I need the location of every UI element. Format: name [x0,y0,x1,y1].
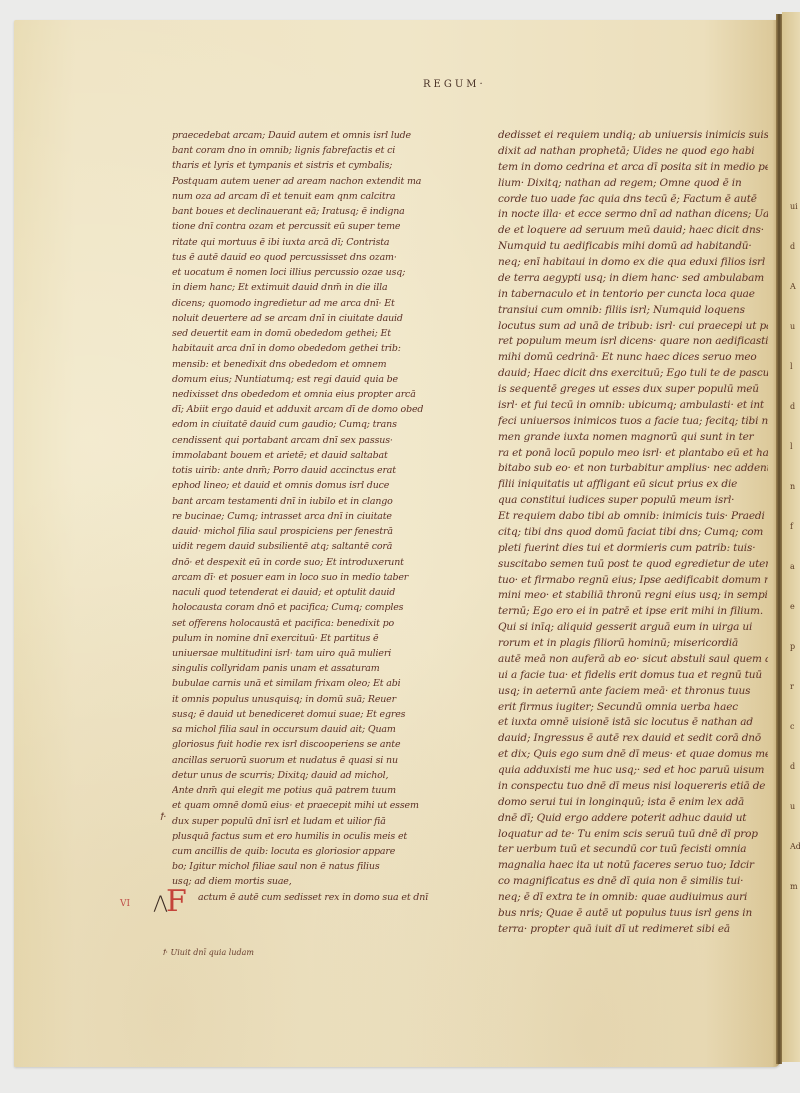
manuscript-line: it omnis populus unusquisq; in domū suā;… [172,692,468,707]
manuscript-line: arcam dī· et posuer eam in loco suo in m… [172,570,468,585]
manuscript-line: bitabo sub eo· et non turbabitur amplius… [498,461,768,477]
manuscript-line: mihi domū cedrinā· Et nunc haec dices se… [498,350,768,366]
facing-page-fragment: n [790,482,795,492]
manuscript-line: et quam omnē domū eius· et praecepit mih… [172,798,468,813]
manuscript-line: citq; tibi dns quod domū faciat tibi dns… [498,525,768,541]
manuscript-line: uniuersae multitudini isrl· tam uiro quā… [172,646,468,661]
manuscript-line: neq; ē dī extra te in omnib: quae audiui… [498,890,768,906]
marginal-footnote: ꝉ· Uiuit dnī quia ludam [162,948,254,957]
manuscript-line: immolabant bouem et arietē; et dauid sal… [172,448,468,463]
manuscript-line: suscitabo semen tuū post te quod egredie… [498,557,768,573]
manuscript-line: cum ancillis de quib: locuta es gloriosi… [172,844,468,859]
facing-page-edge: uidAuldlnfaeprcduAdm [782,12,800,1062]
facing-page-fragment: r [790,682,794,692]
manuscript-line: co magnificatus es dnē dī quia non ē sim… [498,874,768,890]
manuscript-line: ternū; Ego ero ei in patrē et ipse erit … [498,604,768,620]
manuscript-line: in tabernaculo et in tentorio per cuncta… [498,287,768,303]
manuscript-line: feci uniuersos inimicos tuos a facie tua… [498,414,768,430]
manuscript-line: bant coram dno in omnib; lignis fabrefac… [172,143,468,158]
facing-page-fragment: u [790,802,795,812]
manuscript-line: plusquā factus sum et ero humilis in ocu… [172,829,468,844]
facing-page-fragment: l [790,362,793,372]
manuscript-line: quia adduxisti me huc usq;· sed et hoc p… [498,763,768,779]
manuscript-line: corde tuo uade fac quia dns tecū ē; Fact… [498,192,768,208]
facing-page-fragment: m [790,882,798,892]
manuscript-line: sa michol filia saul in occursum dauid a… [172,722,468,737]
manuscript-line: et dix; Quis ego sum dnē dī meus· et qua… [498,747,768,763]
manuscript-line: usq; in aeternū ante faciem meā· et thro… [498,684,768,700]
manuscript-line: gloriosus fuit hodie rex isrl discooperi… [172,737,468,752]
facing-page-fragment: p [790,642,795,652]
facing-page-fragment: A [790,282,796,292]
manuscript-line: bant arcam testamenti dnī in iubilo et i… [172,494,468,509]
manuscript-line: uidit regem dauid subsilientē atq; salta… [172,539,468,554]
manuscript-line: locutus sum ad unā de tribub: isrl· cui … [498,319,768,335]
manuscript-line: erit firmus iugiter; Secundū omnia uerba… [498,700,768,716]
manuscript-line: naculi quod tetenderat ei dauid; et optu… [172,585,468,600]
chapter-opening-line: actum ē autē cum sedisset rex in domo su… [172,890,468,905]
manuscript-line: dī; Abiit ergo dauid et adduxit arcam dī… [172,402,468,417]
manuscript-line: dux super populū dnī isrl et ludam et ui… [172,814,468,829]
manuscript-line: cendissent qui portabant arcam dnī sex p… [172,433,468,448]
manuscript-line: filii iniquitatis ut affligant eū sicut … [498,477,768,493]
manuscript-line: nedixisset dns obededom et omnia eius pr… [172,387,468,402]
manuscript-line: usq; ad diem mortis suae, [172,874,468,889]
manuscript-line: in conspectu tuo dnē dī meus nisi loquer… [498,779,768,795]
facing-page-fragment: c [790,722,794,732]
manuscript-line: Postquam autem uener ad aream nachon ext… [172,174,468,189]
facing-page-fragment: u [790,322,795,332]
facing-page-fragment: Ad [790,842,800,852]
manuscript-line: men grande iuxta nomen magnorū qui sunt … [498,430,768,446]
manuscript-line: Qui si inīq; aliquid gesserit arguā eum … [498,620,768,636]
manuscript-line: tharis et lyris et tympanis et sistris e… [172,158,468,173]
manuscript-line: lium· Dixitq; nathan ad regem; Omne quod… [498,176,768,192]
facing-page-fragment: f [790,522,793,532]
facing-page-fragment: e [790,602,795,612]
manuscript-line: de et loquere ad seruum meū dauid; haec … [498,223,768,239]
manuscript-line: singulis collyridam panis unam et assatu… [172,661,468,676]
manuscript-line: dauid; Haec dicit dns exercituū; Ego tul… [498,366,768,382]
left-text-column: praecedebat arcam; Dauid autem et omnis … [172,128,468,905]
manuscript-line: domum eius; Nuntiatumq; est regi dauid q… [172,372,468,387]
manuscript-line: in nocte illa· et ecce sermo dnī ad nath… [498,207,768,223]
manuscript-line: holocausta coram dnō et pacifica; Cumq; … [172,600,468,615]
manuscript-line: habitauit arca dnī in domo obededom geth… [172,341,468,356]
manuscript-line: mini meo· et stabiliā thronū regni eius … [498,588,768,604]
manuscript-line: sed deuertit eam in domū obededom gethei… [172,326,468,341]
manuscript-line: Et requiem dabo tibi ab omnib: inimicis … [498,509,768,525]
manuscript-line: et iuxta omnē uisionē istā sic locutus ē… [498,715,768,731]
manuscript-line: bant boues et declinauerant eā; Iratusq;… [172,204,468,219]
manuscript-line: bus nris; Quae ē autē ut populus tuus is… [498,906,768,922]
manuscript-line: ui a facie tua· et fidelis erit domus tu… [498,668,768,684]
manuscript-line: isrl· et fui tecū in omnib: ubicumq; amb… [498,398,768,414]
manuscript-line: tem in domo cedrina et arca dī posita si… [498,160,768,176]
manuscript-line: tione dnī contra ozam et percussit eū su… [172,219,468,234]
manuscript-line: dedisset ei requiem undiq; ab uniuersis … [498,128,768,144]
manuscript-line: terra· propter quā iuit dī ut redimeret … [498,922,768,938]
facing-page-fragment: a [790,562,795,572]
manuscript-line: dnē dī; Quid ergo addere poterit adhuc d… [498,811,768,827]
manuscript-line: ra et ponā locū populo meo isrl· et plan… [498,446,768,462]
manuscript-line: is sequentē greges ut esses dux super po… [498,382,768,398]
manuscript-line: neq; enī habitaui in domo ex die qua edu… [498,255,768,271]
margin-correction-mark: ꝉ· [159,812,166,823]
manuscript-line: ret populum meum isrl dicens· quare non … [498,334,768,350]
running-head: REGUM· [423,79,486,90]
manuscript-line: magnalia haec ita ut notū faceres seruo … [498,858,768,874]
manuscript-line: pleti fuerint dies tui et dormieris cum … [498,541,768,557]
manuscript-line: dixit ad nathan prophetā; Uides ne quod … [498,144,768,160]
facing-page-fragment: l [790,442,793,452]
manuscript-line: bo; Igitur michol filiae saul non ē natu… [172,859,468,874]
right-text-column: dedisset ei requiem undiq; ab uniuersis … [498,128,768,938]
manuscript-line: num oza ad arcam dī et tenuit eam qnm ca… [172,189,468,204]
manuscript-line: qua constitui iudices super populū meum … [498,493,768,509]
manuscript-line: rorum et in plagis filiorū hominū; miser… [498,636,768,652]
manuscript-line: edom in ciuitatē dauid cum gaudio; Cumq;… [172,417,468,432]
manuscript-line: re bucinae; Cumq; intrasset arca dnī in … [172,509,468,524]
manuscript-line: transiui cum omnib: filiis isrl; Numquid… [498,303,768,319]
manuscript-line: dauid; Ingressus ē autē rex dauid et sed… [498,731,768,747]
manuscript-line: dauid· michol filia saul prospiciens per… [172,524,468,539]
chapter-number: VI [120,899,130,909]
facing-page-fragment: ui [790,202,798,212]
chapter-initial-f-rubric: F [166,887,187,917]
manuscript-line: Numquid tu aedificabis mihi domū ad habi… [498,239,768,255]
facing-page-fragment: d [790,762,795,772]
manuscript-line: ancillas seruorū suorum et nudatus ē qua… [172,753,468,768]
manuscript-line: noluit deuertere ad se arcam dnī in ciui… [172,311,468,326]
manuscript-line: dicens; quomodo ingredietur ad me arca d… [172,296,468,311]
manuscript-line: dnō· et despexit eū in corde suo; Et int… [172,555,468,570]
manuscript-line: ter uerbum tuū et secundū cor tuū fecist… [498,842,768,858]
manuscript-line: Ante dnm̄ qui elegit me potius quā patre… [172,783,468,798]
facing-page-fragment: d [790,402,795,412]
manuscript-line: in diem hanc; Et extimuit dauid dnm̄ in … [172,280,468,295]
manuscript-line: autē meā non auferā ab eo· sicut abstuli… [498,652,768,668]
manuscript-line: set offerens holocaustā et pacifica: ben… [172,616,468,631]
manuscript-line: ritate qui mortuus ē ibi iuxta arcā dī; … [172,235,468,250]
manuscript-line: mensib: et benedixit dns obededom et omn… [172,357,468,372]
manuscript-line: praecedebat arcam; Dauid autem et omnis … [172,128,468,143]
manuscript-line: totis uirib: ante dnm̄; Porro dauid acci… [172,463,468,478]
manuscript-line: et uocatum ē nomen loci illius percussio… [172,265,468,280]
manuscript-line: susq; ē dauid ut benediceret domui suae;… [172,707,468,722]
manuscript-line: tuo· et firmabo regnū eius; Ipse aedific… [498,573,768,589]
manuscript-line: loquatur ad te· Tu enim scis seruū tuū d… [498,827,768,843]
manuscript-line: detur unus de scurris; Dixitq; dauid ad … [172,768,468,783]
manuscript-line: pulum in nomine dnī exercituū· Et partit… [172,631,468,646]
manuscript-line: ephod lineo; et dauid et omnis domus isr… [172,478,468,493]
facing-page-fragment: d [790,242,795,252]
manuscript-line: de terra aegypti usq; in diem hanc· sed … [498,271,768,287]
manuscript-line: tus ē autē dauid eo quod percussisset dn… [172,250,468,265]
manuscript-line: domo serui tui in longinquū; ista ē enim… [498,795,768,811]
manuscript-line: bubulae carnis unā et similam frixam ole… [172,676,468,691]
